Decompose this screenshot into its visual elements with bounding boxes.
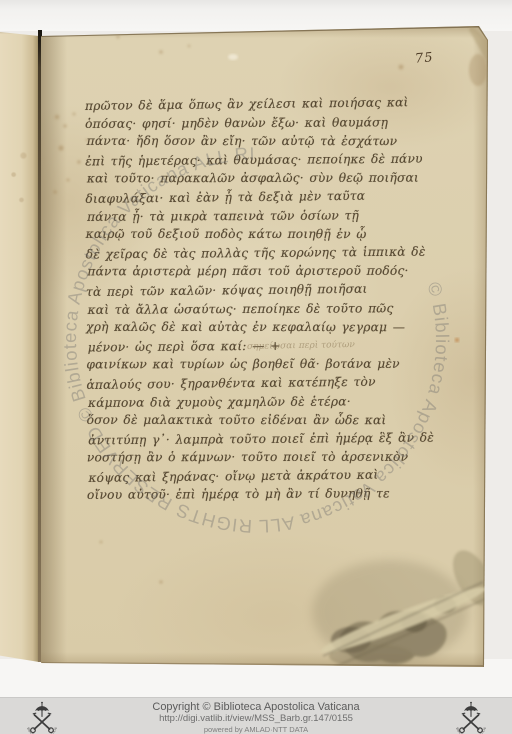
manuscript-line: καιρῷ τοῦ δεξιοῦ ποδὸς κάτω ποιηθῇ ἐν ᾧ bbox=[86, 225, 422, 244]
manuscript-page: 75 πρῶτον δὲ ἅμα ὅπως ἂν χείλεσι καὶ ποι… bbox=[41, 22, 489, 668]
manuscript-line: πάντα ἀριστερὰ μέρη πᾶσι τοῦ ἀριστεροῦ π… bbox=[87, 262, 423, 281]
stain bbox=[312, 544, 489, 668]
digitized-manuscript-view: 75 πρῶτον δὲ ἅμα ὅπως ἂν χείλεσι καὶ ποι… bbox=[0, 0, 512, 734]
manuscript-line: καὶ τὰ ἄλλα ὡσαύτως· πεποίηκε δὲ τοῦτο π… bbox=[88, 299, 424, 319]
backdrop-top-edge bbox=[0, 0, 512, 31]
manuscript-line: ἐπὶ τῆς ἡμετέρας· καὶ θαυμάσας· πεποίηκε… bbox=[85, 149, 421, 170]
footer-digitization-url: http://digi.vatlib.it/view/MSS_Barb.gr.1… bbox=[159, 713, 353, 724]
folio-number: 75 bbox=[414, 50, 434, 67]
vatican-library-seal-icon: BIBLIOTECA APOSTOLICA VATICANA bbox=[450, 699, 492, 734]
marginal-annotation: σημείωσαι περὶ τούτων bbox=[247, 340, 355, 352]
footer-powered-by: powered by AMLAD·NTT DATA bbox=[204, 725, 308, 734]
manuscript-line: φαινίκων καὶ τυρίων ὡς βοηθεῖ θᾶ· βοτάνα… bbox=[86, 355, 422, 374]
manuscript-line: δὲ χεῖρας δὲ τὰς πολλὰς τῆς κορώνης τὰ ἱ… bbox=[86, 242, 422, 263]
manuscript-line: κάμπονα διὰ χυμοὺς χαμηλῶν δὲ ἑτέρα· bbox=[88, 392, 424, 412]
manuscript-line: πάντα· ἤδη ὅσον ἂν εἴη· τῶν αὐτῷ τὰ ἐσχά… bbox=[87, 132, 423, 151]
manuscript-line: ὁπόσας· φησί· μηδὲν θανὼν ἔξω· καὶ θαυμά… bbox=[85, 113, 421, 133]
manuscript-line: ἀντιτύπῃ γ᾽· λαμπρὰ τοῦτο ποιεῖ ἐπὶ ἡμέρ… bbox=[88, 428, 424, 449]
facing-page-edge bbox=[0, 29, 39, 662]
manuscript-line: νοστήσῃ ἂν ὁ κάμνων· τοῦτο ποιεῖ τὸ ἀρσε… bbox=[87, 448, 423, 467]
manuscript-line: χρὴ καλῶς δὲ καὶ αὐτὰς ἐν κεφαλαίῳ γεγρα… bbox=[86, 318, 422, 337]
manuscript-text-block: πρῶτον δὲ ἅμα ὅπως ἂν χείλεσι καὶ ποιήσα… bbox=[85, 94, 423, 505]
manuscript-line: καὶ τοῦτο· παρακαλῶν ἀσφαλῶς· σὺν θεῷ πο… bbox=[87, 169, 423, 188]
footer-copyright: Copyright © Biblioteca Apostolica Vatica… bbox=[152, 701, 359, 713]
manuscript-line: πάντα ᾖ· τὰ μικρὰ ταπεινὰ τῶν ὁσίων τῇ bbox=[87, 206, 423, 226]
manuscript-line: ὅσον δὲ μαλακτικὰ τοῦτο εἰδέναι ἂν ὧδε κ… bbox=[87, 411, 423, 430]
footer-bar: Copyright © Biblioteca Apostolica Vatica… bbox=[0, 697, 512, 734]
vatican-library-seal-icon: BIBLIOTECA APOSTOLICA VATICANA bbox=[21, 699, 63, 734]
manuscript-line: οἴνου αὐτοῦ· ἐπὶ ἡμέρᾳ τὸ μὴ ἂν τί δυνηθ… bbox=[87, 485, 423, 505]
